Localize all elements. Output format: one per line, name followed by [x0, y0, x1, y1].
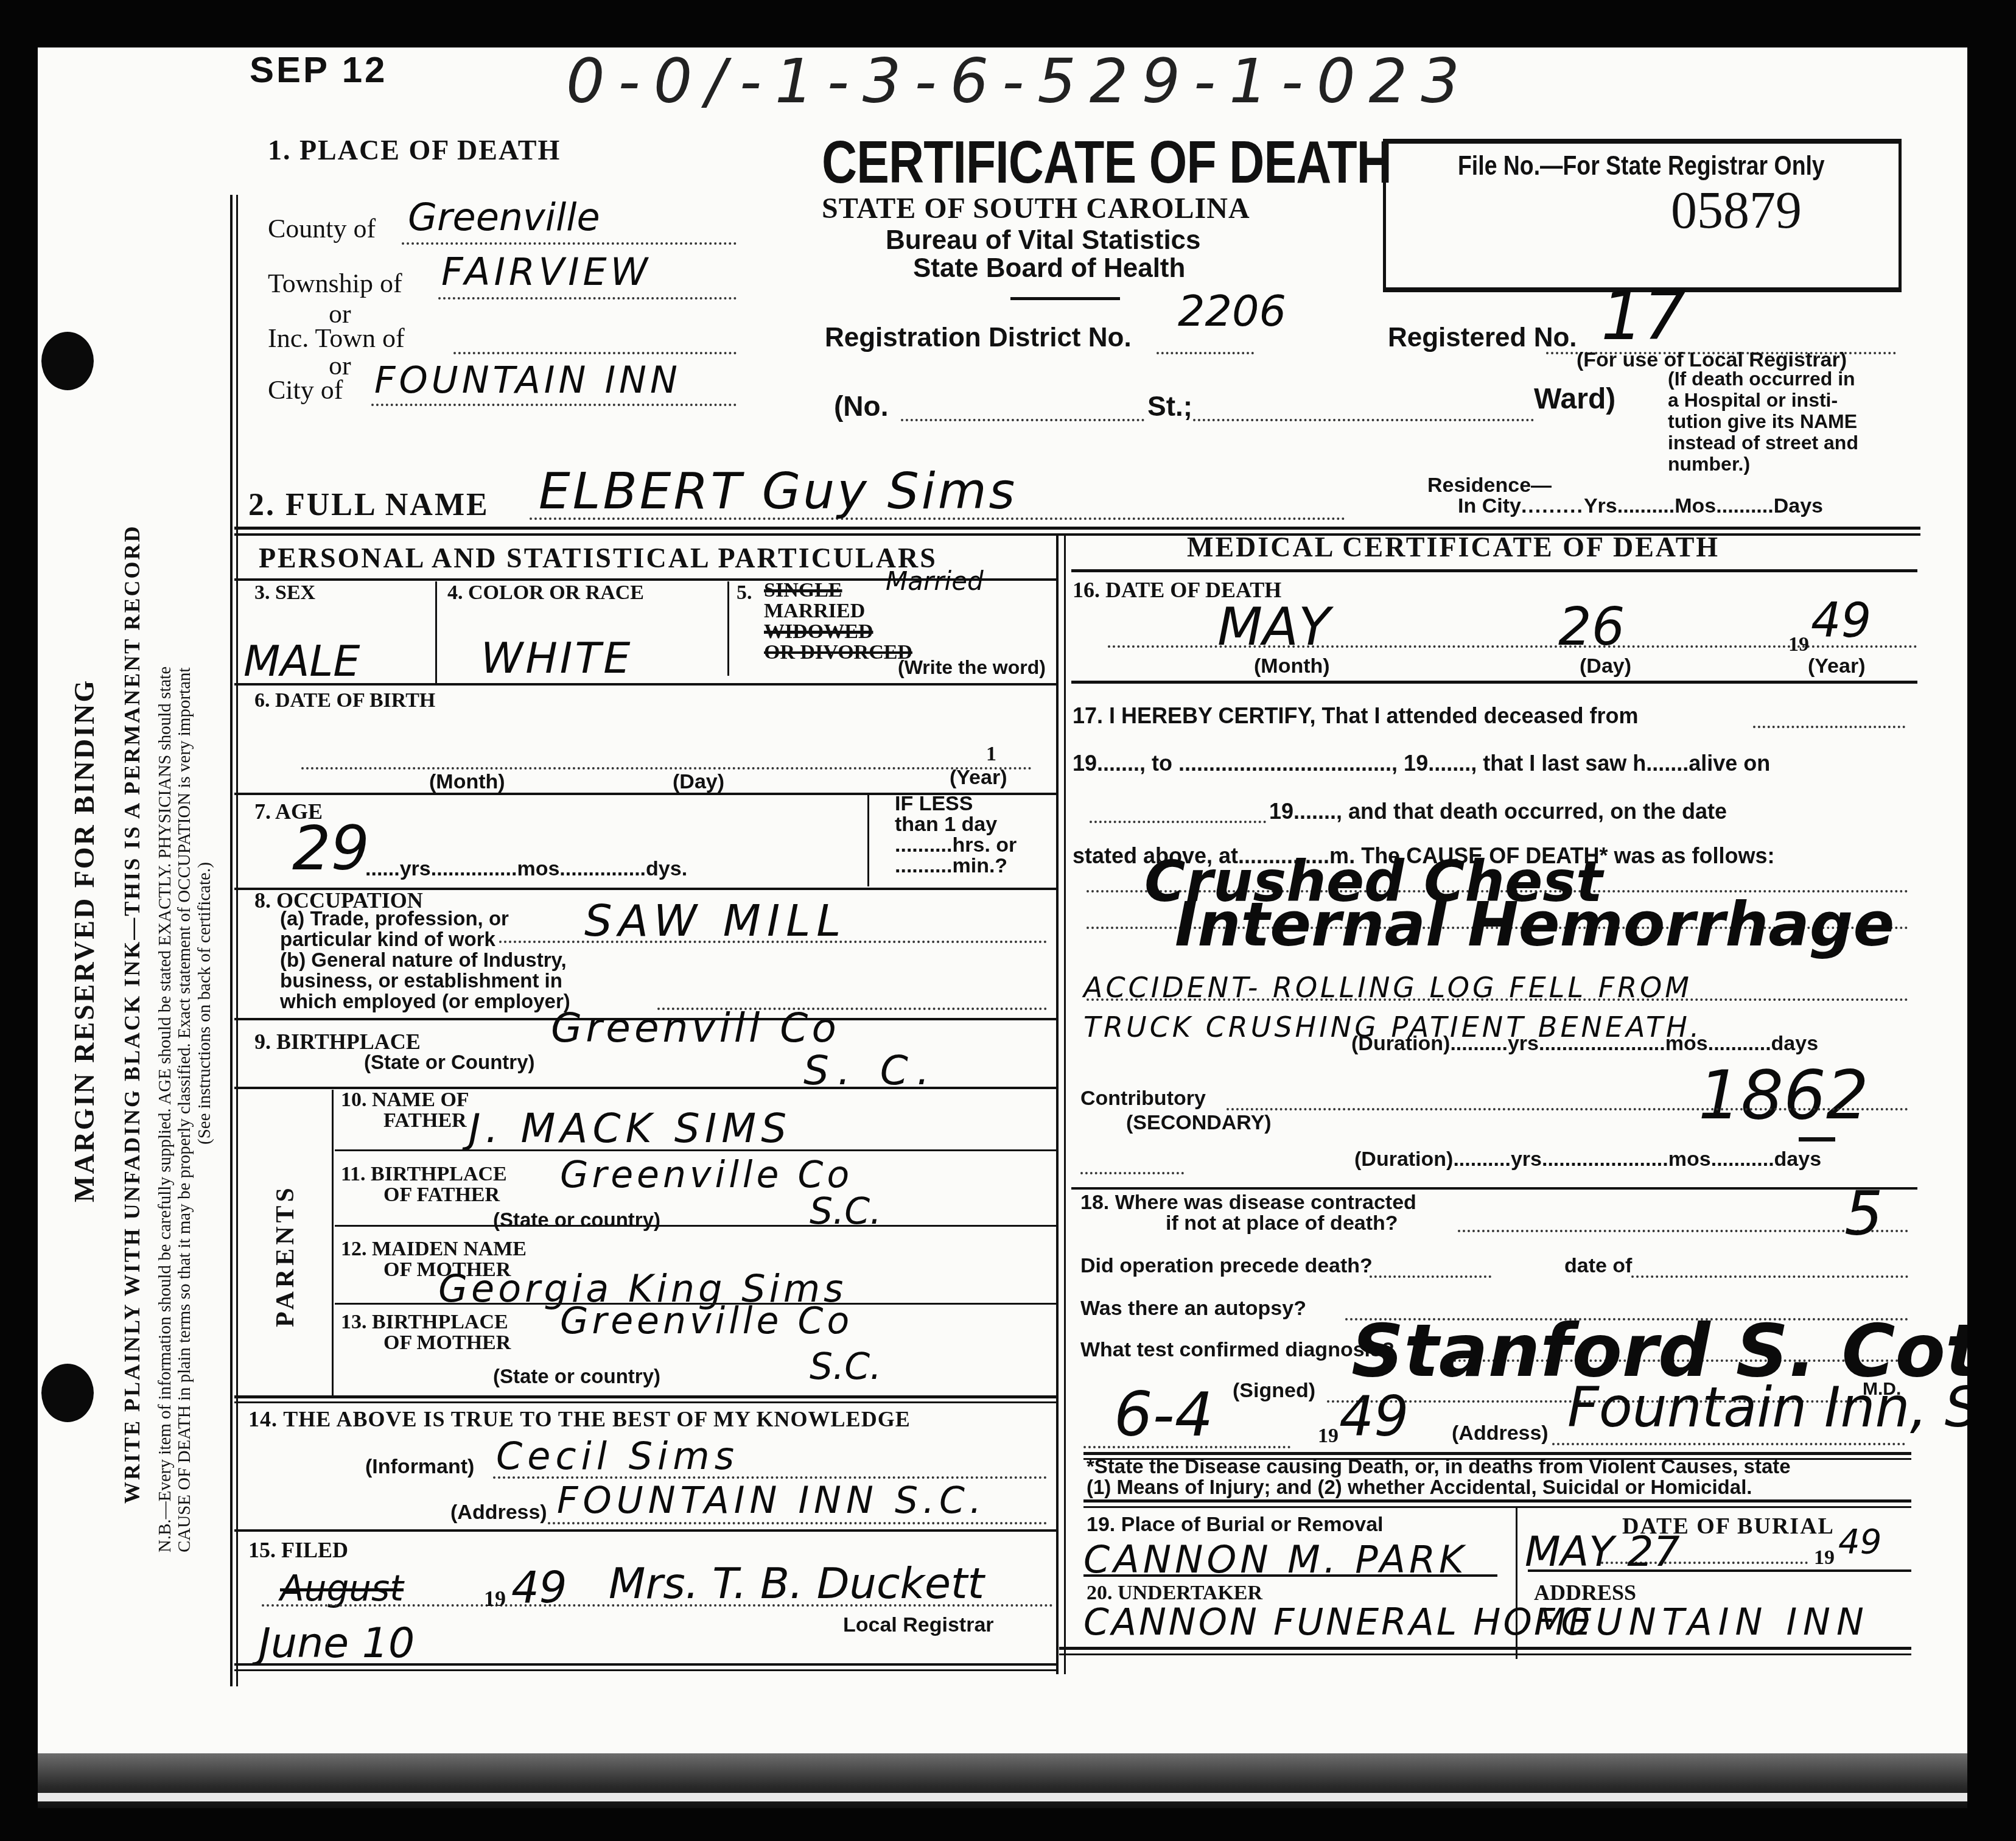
margin-binding-note: MARGIN RESERVED FOR BINDING [68, 679, 100, 1202]
duration-primary: (Duration)..........yrs.................… [1351, 1032, 1818, 1056]
registration-district-value: 2206 [1178, 286, 1286, 336]
marital-hint: (Write the word) [898, 656, 1046, 679]
county-label: County of [268, 213, 376, 244]
occupation-b-label: (b) General nature of Industry, business… [280, 950, 570, 1012]
dob-year-prefix: 1 [986, 743, 996, 766]
board-name: State Board of Health [913, 253, 1185, 284]
mother-birthplace-value-1: Greenville Co [560, 1300, 853, 1342]
hospital-note: (If death occurred in a Hospital or inst… [1668, 368, 1858, 475]
q18-line [1458, 1230, 1908, 1232]
county-value: Greenville [408, 195, 600, 239]
operation-label: Did operation precede death? [1080, 1254, 1373, 1278]
county-line [402, 242, 737, 245]
informant-address-label: (Address) [450, 1501, 547, 1524]
cell-divider [435, 581, 437, 685]
informant-value: Cecil Sims [496, 1434, 739, 1478]
divider [234, 1669, 1056, 1671]
local-registrar-label: Local Registrar [843, 1613, 994, 1637]
margin-rule [236, 195, 238, 1686]
dod-day-label: (Day) [1580, 654, 1631, 678]
filed-year-prefix: 19 [484, 1586, 506, 1611]
father-birthplace-label: 11. BIRTHPLACE OF FATHER [341, 1164, 507, 1205]
certify-line [1753, 726, 1905, 728]
informant-address-value: FOUNTAIN INN S.C. [557, 1479, 986, 1522]
knowledge-statement: 14. THE ABOVE IS TRUE TO THE BEST OF MY … [248, 1406, 911, 1432]
age-value: 29 [292, 813, 369, 884]
undertaker-value: CANNON FUNERAL HOME [1083, 1601, 1594, 1644]
certify-line-2: 19......., to ..........................… [1073, 751, 1770, 776]
full-name-value: ELBERT Guy Sims [539, 463, 1017, 521]
divider [335, 1149, 1056, 1151]
informant-address-line [548, 1522, 1047, 1524]
if-less-note: IF LESS than 1 day ..........hrs. or ...… [895, 793, 1017, 876]
township-label: Township of [268, 268, 402, 299]
personal-section-title: PERSONAL AND STATISTICAL PARTICULARS [259, 542, 937, 574]
divider [234, 527, 1920, 530]
city-line [371, 404, 737, 406]
sex-value: MALE [243, 636, 360, 686]
mother-birthplace-sub: (State or country) [493, 1365, 660, 1388]
file-number: 05879 [1671, 180, 1802, 240]
divider [335, 1225, 1056, 1227]
registration-district-label: Registration District No. [825, 323, 1132, 353]
undertaker-address-value: FOUNTAIN INN [1534, 1601, 1870, 1644]
sex-label: 3. SEX [254, 581, 315, 605]
dod-month: MAY [1217, 597, 1331, 657]
scan-edge [1967, 47, 2016, 1841]
parents-divider [332, 1090, 334, 1397]
pen-mark [1799, 1137, 1835, 1141]
divider [1059, 1653, 1911, 1655]
birthplace-sub: (State or Country) [364, 1051, 535, 1074]
dod-day: 26 [1558, 597, 1625, 657]
divider [1071, 1187, 1917, 1190]
divider [1528, 1569, 1911, 1572]
divider [1083, 1499, 1911, 1503]
inc-town-line [453, 352, 737, 354]
dod-year: 49 [1811, 594, 1871, 648]
scan-edge [38, 1793, 1967, 1801]
dod-year-prefix: 19 [1788, 633, 1809, 656]
occupation-a-label: (a) Trade, profession, or particular kin… [280, 908, 509, 950]
dob-day-label: (Day) [673, 770, 724, 794]
certify-line-1: 17. I HEREBY CERTIFY, That I attended de… [1073, 703, 1639, 729]
physician-address: Fountain Inn, S.C. [1567, 1376, 2016, 1440]
bureau-name: Bureau of Vital Statistics [886, 225, 1201, 256]
dob-label: 6. DATE OF BIRTH [254, 689, 435, 712]
street-no-label: (No. [834, 390, 888, 423]
race-value: WHITE [481, 633, 632, 683]
father-name-value: J. MACK SIMS [469, 1105, 791, 1152]
divider [1083, 1574, 1497, 1577]
operation-line [1370, 1275, 1491, 1278]
full-name-label: 2. FULL NAME [248, 487, 489, 523]
registered-no-label: Registered No. [1388, 323, 1577, 353]
district-line [1157, 352, 1254, 354]
operation-date-label: date of [1564, 1254, 1632, 1278]
certify-line [1090, 821, 1266, 823]
father-name-label: 10. NAME OF FATHER [341, 1090, 469, 1131]
occupation-value: SAW MILL [584, 895, 847, 946]
received-stamp: SEP 12 [250, 49, 387, 91]
duration-secondary: (Duration)..........yrs.................… [1354, 1148, 1821, 1171]
margin-nb-line2: CAUSE OF DEATH in plain terms so that it… [175, 667, 195, 1552]
marital-number: 5. [737, 581, 752, 605]
signed-year-prefix: 19 [1318, 1425, 1339, 1448]
mother-birthplace-label: 13. BIRTHPLACE OF MOTHER [341, 1312, 511, 1353]
divider [1059, 1647, 1911, 1650]
parents-label: PARENTS [271, 1184, 300, 1327]
margin-nb-line3: (See instructions on back of certificate… [195, 862, 215, 1145]
age-units: ......yrs...............mos.............… [365, 857, 687, 881]
marital-value: Married [886, 566, 984, 596]
street-label: St.; [1147, 390, 1192, 423]
column-divider [1056, 536, 1059, 1674]
filed-struck-month: August [280, 1568, 404, 1609]
index-number: 0-0/-1-3-6-529-1-023 [566, 46, 1473, 117]
file-box-label: File No.—For State Registrar Only [1458, 151, 1825, 181]
medical-section-title: MEDICAL CERTIFICATE OF DEATH [1187, 531, 1720, 563]
cell-divider [727, 581, 729, 676]
township-line [438, 297, 737, 300]
signed-year: 49 [1339, 1385, 1409, 1449]
dob-year-label: (Year) [950, 766, 1007, 790]
city-label: City of [268, 374, 343, 405]
burial-place-label: 19. Place of Burial or Removal [1087, 1513, 1384, 1537]
secondary-line [1080, 1172, 1184, 1174]
divider [234, 1663, 1056, 1666]
dob-month-label: (Month) [429, 770, 505, 794]
cell-divider [867, 795, 869, 886]
divider [234, 1395, 1056, 1398]
title-rule [1010, 297, 1120, 300]
divider [234, 1529, 1056, 1532]
margin-code: 1862 [1698, 1056, 1869, 1134]
dob-line [301, 767, 1032, 770]
street-line [1193, 419, 1534, 421]
contributory-line [1227, 1108, 1908, 1110]
cause-detail-1: ACCIDENT- ROLLING LOG FELL FROM [1083, 971, 1692, 1004]
dod-month-label: (Month) [1254, 654, 1330, 678]
divider [1071, 569, 1917, 572]
divider [1083, 1506, 1911, 1508]
test-label: What test confirmed diagnosis? [1080, 1338, 1395, 1362]
signed-date: 6-4 [1114, 1379, 1213, 1450]
state-name: STATE OF SOUTH CAROLINA [822, 192, 1250, 225]
filed-year: 49 [511, 1562, 567, 1613]
q18-label: 18. Where was disease contracted if not … [1080, 1192, 1416, 1233]
registered-no-value: 17 [1601, 277, 1686, 355]
margin-ink-note: WRITE PLAINLY WITH UNFADING BLACK INK—TH… [119, 524, 145, 1504]
physician-address-line [1552, 1443, 1905, 1445]
inc-town-label: Inc. Town of [268, 323, 405, 354]
street-no-line [901, 419, 1144, 421]
physician-address-label: (Address) [1452, 1422, 1549, 1445]
place-of-death-label: 1. PLACE OF DEATH [268, 134, 561, 166]
birthplace-value-1: Greenvill Co [551, 1005, 840, 1051]
autopsy-label: Was there an autopsy? [1080, 1297, 1306, 1320]
ward-label: Ward) [1534, 382, 1615, 416]
certify-line-3: 19......., and that death occurred, on t… [1269, 799, 1727, 824]
race-label: 4. COLOR OR RACE [447, 581, 644, 605]
secondary-label: (SECONDARY) [1126, 1111, 1272, 1135]
mother-birthplace-value-2: S.C. [810, 1345, 881, 1388]
city-value: FOUNTAIN INN [374, 359, 681, 402]
dod-year-label: (Year) [1808, 654, 1866, 678]
column-divider [1064, 536, 1066, 1674]
father-birthplace-sub: (State or country) [493, 1208, 660, 1232]
certificate-title: CERTIFICATE OF DEATH [822, 128, 1391, 197]
filed-date: June 10 [259, 1619, 415, 1667]
divider [1071, 681, 1917, 684]
informant-label: (Informant) [365, 1455, 474, 1479]
divider [234, 1401, 1056, 1403]
binding-hole-icon [41, 1364, 94, 1422]
operation-date-line [1631, 1275, 1908, 1278]
burial-year: 49 [1838, 1522, 1881, 1562]
pen-mark-5: 5 [1844, 1178, 1883, 1249]
margin-rule [230, 195, 233, 1686]
township-value: FAIRVIEW [441, 250, 651, 294]
father-birthplace-value-1: Greenville Co [560, 1154, 853, 1196]
margin-nb-line1: N.B.—Every item of information should be… [155, 667, 175, 1552]
divider [234, 683, 1056, 686]
signed-label: (Signed) [1233, 1379, 1315, 1403]
filed-label: 15. FILED [248, 1537, 348, 1563]
binding-hole-icon [41, 332, 94, 390]
cause-footnote: *State the Disease causing Death, or, in… [1087, 1456, 1791, 1498]
residence-in-city: In City.........Yrs..........Mos........… [1458, 494, 1823, 518]
contributory-label: Contributory [1080, 1087, 1206, 1110]
burial-year-prefix: 19 [1814, 1546, 1835, 1569]
cause-primary-2: Internal Hemorrhage [1175, 889, 1894, 960]
registrar-signature: Mrs. T. B. Duckett [609, 1559, 984, 1608]
